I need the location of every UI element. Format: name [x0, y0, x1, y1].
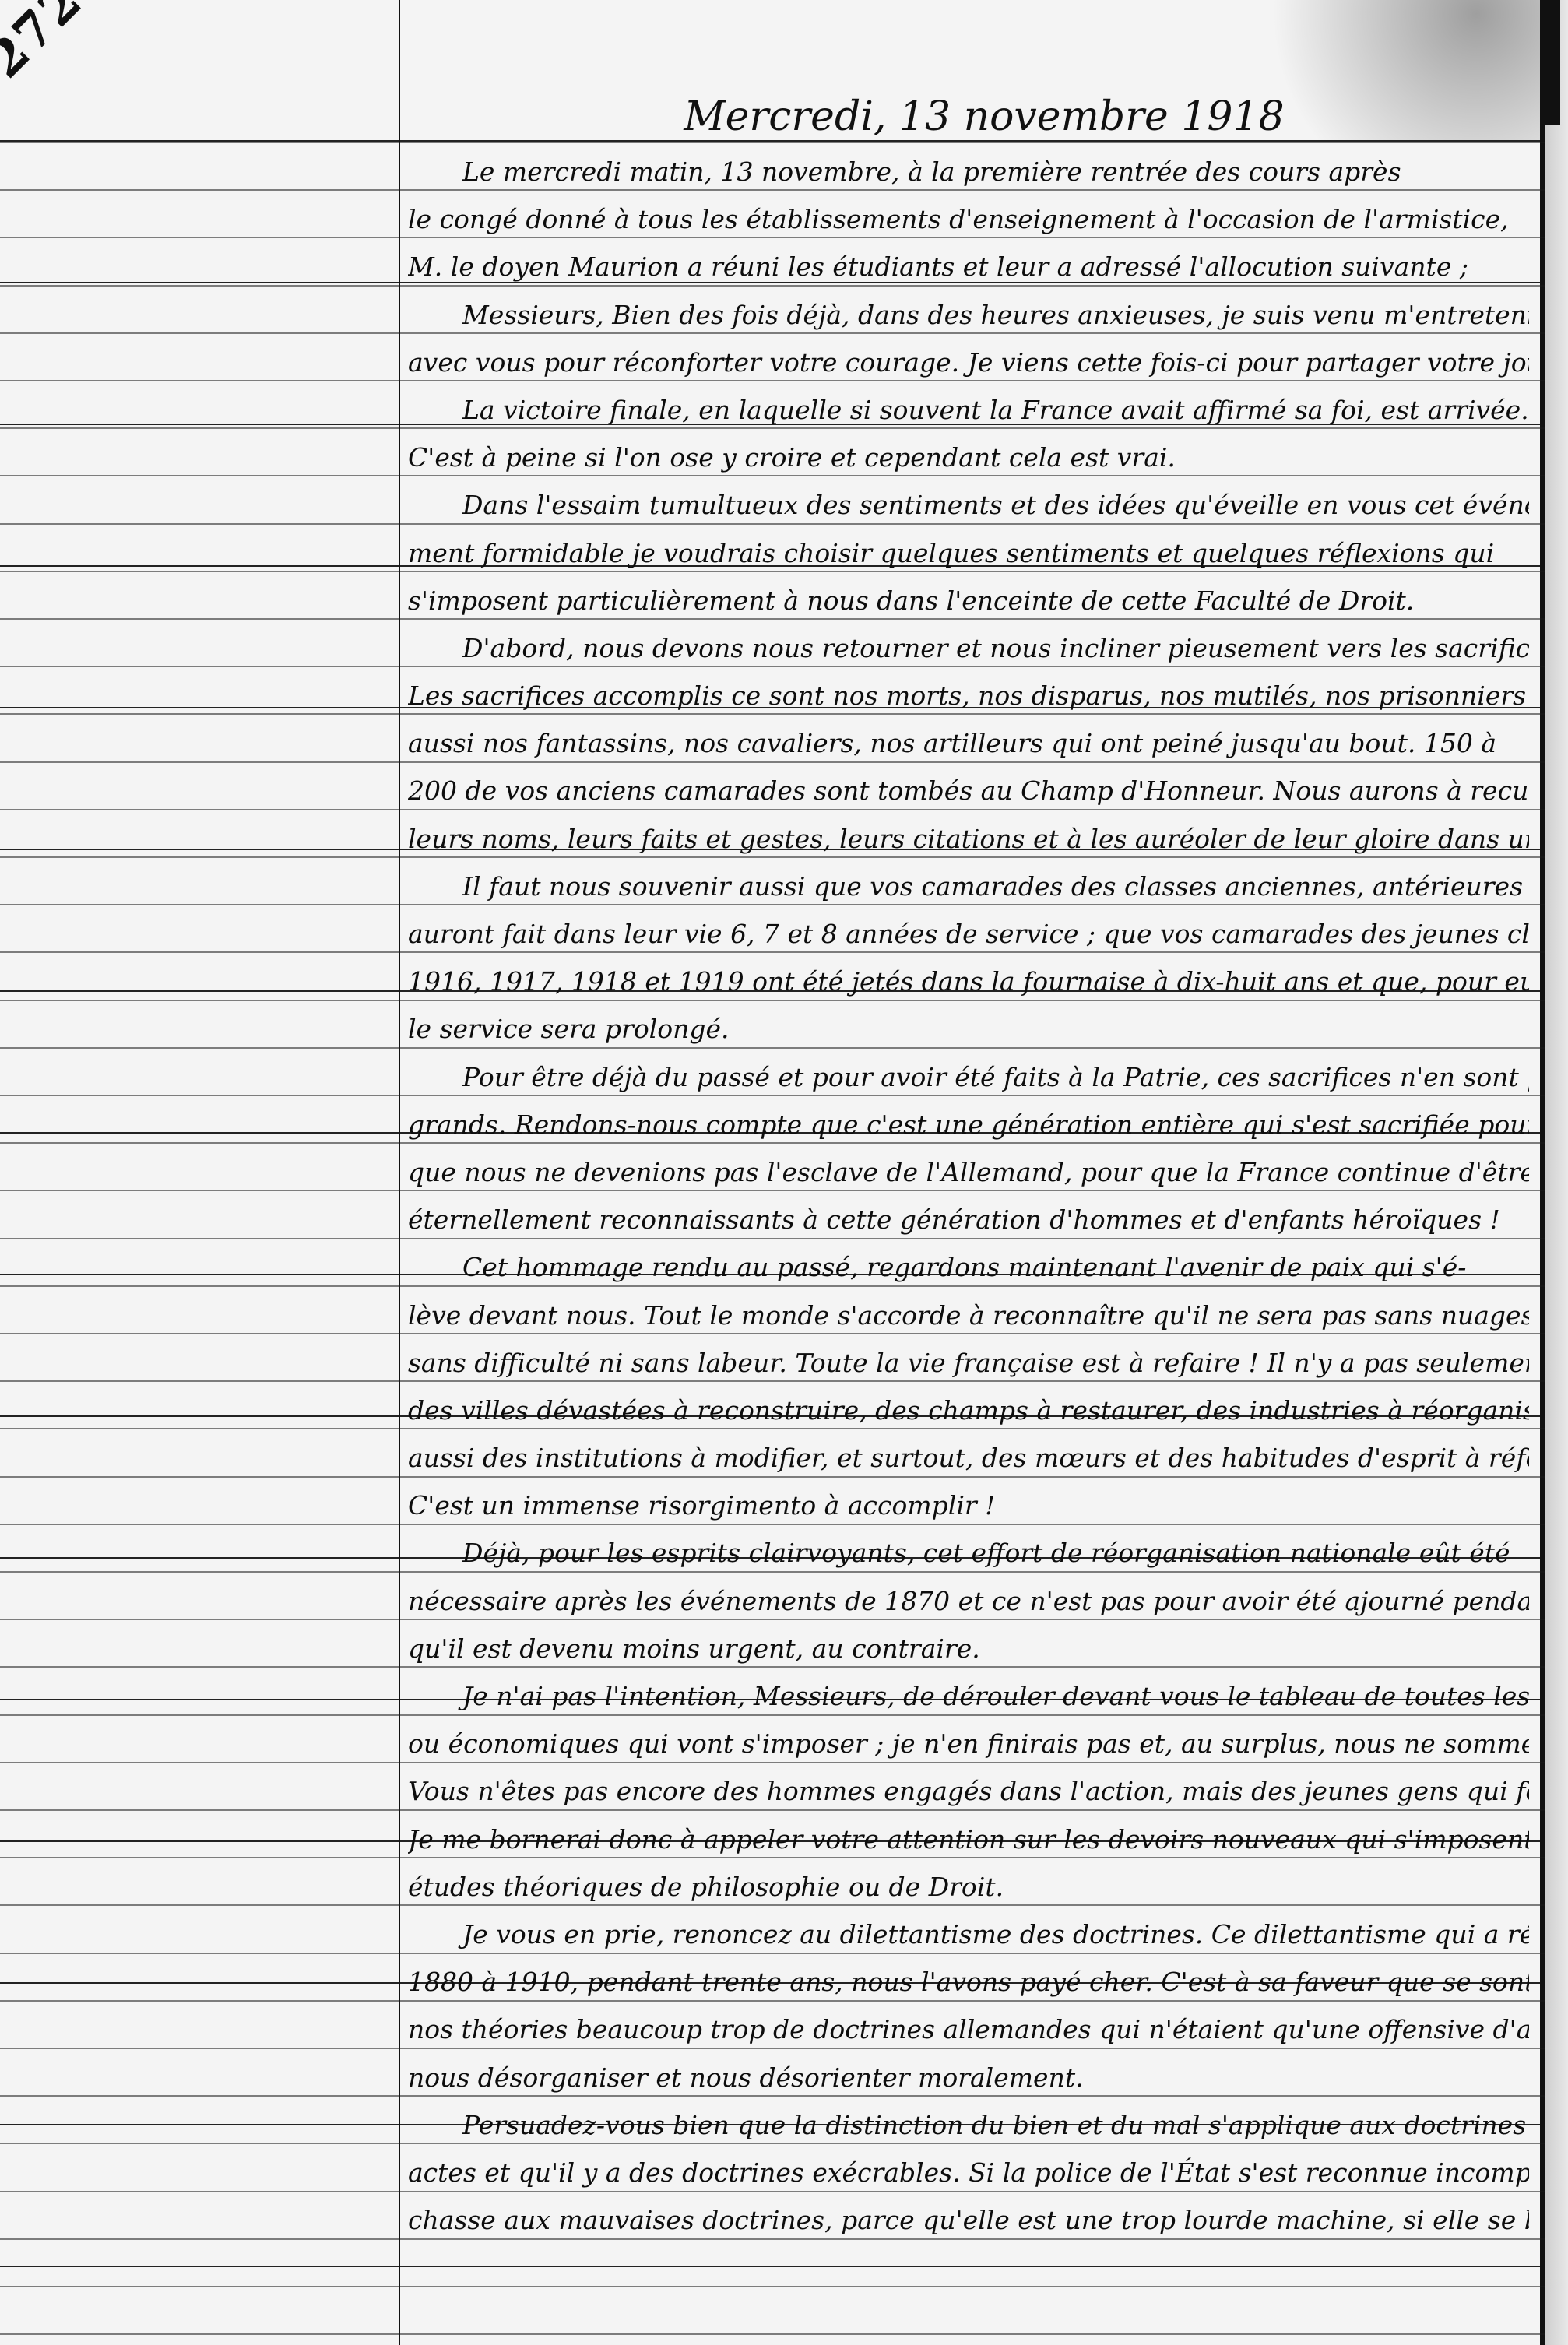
manuscript-line: Déjà, pour les esprits clairvoyants, cet…: [408, 1529, 1529, 1577]
ruled-line: [0, 285, 1545, 287]
ruled-line: [0, 1333, 1545, 1334]
manuscript-line: qu'il est devenu moins urgent, au contra…: [408, 1625, 1529, 1672]
manuscript-body: Mercredi, 13 novembre 1918 Le mercredi m…: [408, 86, 1529, 2244]
ruled-line: [0, 618, 1545, 620]
ruled-line: [0, 713, 1545, 715]
binding-shadow: [1540, 0, 1560, 125]
ruled-line: [0, 2000, 1545, 2002]
ruled-line: [0, 2286, 1545, 2287]
manuscript-line: 1880 à 1910, pendant trente ans, nous l'…: [408, 1958, 1529, 2006]
ruled-line: [0, 1476, 1545, 1478]
ruled-line: [0, 2238, 1545, 2240]
ruled-line: [0, 523, 1545, 525]
page-edge: [1540, 0, 1568, 2345]
ruled-line: [0, 666, 1545, 667]
manuscript-line: études théoriques de philosophie ou de D…: [408, 1863, 1529, 1911]
manuscript-line: le service sera prolongé.: [408, 1005, 1529, 1053]
ruled-line: [0, 1380, 1545, 1382]
manuscript-line: D'abord, nous devons nous retourner et n…: [408, 624, 1529, 672]
manuscript-line: aussi des institutions à modifier, et su…: [408, 1434, 1529, 1482]
manuscript-line: 200 de vos anciens camarades sont tombés…: [408, 767, 1529, 814]
manuscript-line: Le mercredi matin, 13 novembre, à la pre…: [408, 148, 1529, 195]
manuscript-line: Je n'ai pas l'intention, Messieurs, de d…: [408, 1672, 1529, 1720]
manuscript-line: grands. Rendons-nous compte que c'est un…: [408, 1101, 1529, 1148]
ruled-line: [0, 189, 1545, 191]
ruled-line: [0, 1285, 1545, 1287]
page-heading: Mercredi, 13 novembre 1918: [439, 86, 1529, 148]
manuscript-line: nos théories beaucoup trop de doctrines …: [408, 2006, 1529, 2053]
manuscript-line: Vous n'êtes pas encore des hommes engagé…: [408, 1767, 1529, 1815]
ruled-line: [0, 142, 1545, 143]
manuscript-line: Messieurs, Bien des fois déjà, dans des …: [408, 291, 1529, 339]
ruled-line: [0, 475, 1545, 476]
manuscript-line: leurs noms, leurs faits et gestes, leurs…: [408, 815, 1529, 863]
ruled-line: [0, 2095, 1545, 2097]
manuscript-line: auront fait dans leur vie 6, 7 et 8 anné…: [408, 910, 1529, 958]
margin-rule: [399, 0, 400, 2345]
ruled-line: [0, 1047, 1545, 1049]
ruled-line: [0, 1000, 1545, 1001]
manuscript-line: Je me bornerai donc à appeler votre atte…: [408, 1816, 1529, 1863]
manuscript-line: actes et qu'il y a des doctrines exécrab…: [408, 2149, 1529, 2196]
ruled-line: [0, 237, 1545, 238]
ruled-line: [0, 1142, 1545, 1144]
manuscript-line: Je vous en prie, renoncez au dilettantis…: [408, 1911, 1529, 1958]
manuscript-line: Dans l'essaim tumultueux des sentiments …: [408, 481, 1529, 529]
ruled-line: [0, 1904, 1545, 1906]
manuscript-line: sans difficulté ni sans labeur. Toute la…: [408, 1339, 1529, 1387]
manuscript-line: chasse aux mauvaises doctrines, parce qu…: [408, 2196, 1529, 2244]
ruled-line: [0, 1666, 1545, 1668]
ruled-line: [0, 1762, 1545, 1763]
ruled-line: [0, 2333, 1545, 2335]
ruled-line: [0, 1857, 1545, 1858]
manuscript-line: C'est un immense risorgimento à accompli…: [408, 1482, 1529, 1529]
ruled-line: [0, 951, 1545, 953]
ruled-line: [0, 761, 1545, 763]
ruled-line: [0, 1619, 1545, 1620]
ruled-line: [0, 809, 1545, 810]
ruled-line: [0, 332, 1545, 334]
manuscript-line: ment formidable je voudrais choisir quel…: [408, 529, 1529, 577]
ruled-line: [0, 2048, 1545, 2049]
manuscript-line: nécessaire après les événements de 1870 …: [408, 1577, 1529, 1625]
ruled-line: [0, 1190, 1545, 1191]
manuscript-line: éternellement reconnaissants à cette gén…: [408, 1196, 1529, 1243]
ruled-line: [0, 427, 1545, 429]
manuscript-line: Persuadez-vous bien que la distinction d…: [408, 2101, 1529, 2149]
manuscript-line: s'imposent particulièrement à nous dans …: [408, 577, 1529, 624]
ruled-line: [0, 1428, 1545, 1429]
manuscript-line: M. le doyen Maurion a réuni les étudiant…: [408, 243, 1529, 290]
ruled-line: [0, 571, 1545, 572]
ruled-line: [0, 1571, 1545, 1573]
manuscript-line: Pour être déjà du passé et pour avoir ét…: [408, 1053, 1529, 1101]
ruled-line: [0, 1095, 1545, 1096]
ruled-line: [0, 380, 1545, 381]
manuscript-line: Il faut nous souvenir aussi que vos cama…: [408, 863, 1529, 910]
text-lines: Le mercredi matin, 13 novembre, à la pre…: [408, 148, 1529, 2244]
ruled-line: [0, 2191, 1545, 2192]
ruled-line: [0, 1524, 1545, 1525]
manuscript-line: avec vous pour réconforter votre courage…: [408, 339, 1529, 386]
ruled-line: [0, 1953, 1545, 1954]
ruled-line: [0, 2143, 1545, 2144]
manuscript-line: aussi nos fantassins, nos cavaliers, nos…: [408, 719, 1529, 767]
manuscript-line: nous désorganiser et nous désorienter mo…: [408, 2054, 1529, 2101]
manuscript-line: lève devant nous. Tout le monde s'accord…: [408, 1292, 1529, 1339]
manuscript-line: que nous ne devenions pas l'esclave de l…: [408, 1148, 1529, 1196]
ruled-line: [0, 904, 1545, 905]
ruled-line: [0, 1809, 1545, 1811]
manuscript-line: Cet hommage rendu au passé, regardons ma…: [408, 1243, 1529, 1291]
manuscript-line: des villes dévastées à reconstruire, des…: [408, 1387, 1529, 1434]
ruled-line: [0, 1714, 1545, 1716]
manuscript-line: ou économiques qui vont s'imposer ; je n…: [408, 1720, 1529, 1767]
manuscript-line: 1916, 1917, 1918 et 1919 ont été jetés d…: [408, 958, 1529, 1005]
manuscript-line: La victoire finale, en laquelle si souve…: [408, 386, 1529, 434]
ruled-line: [0, 856, 1545, 858]
ruled-line: [0, 1238, 1545, 1239]
